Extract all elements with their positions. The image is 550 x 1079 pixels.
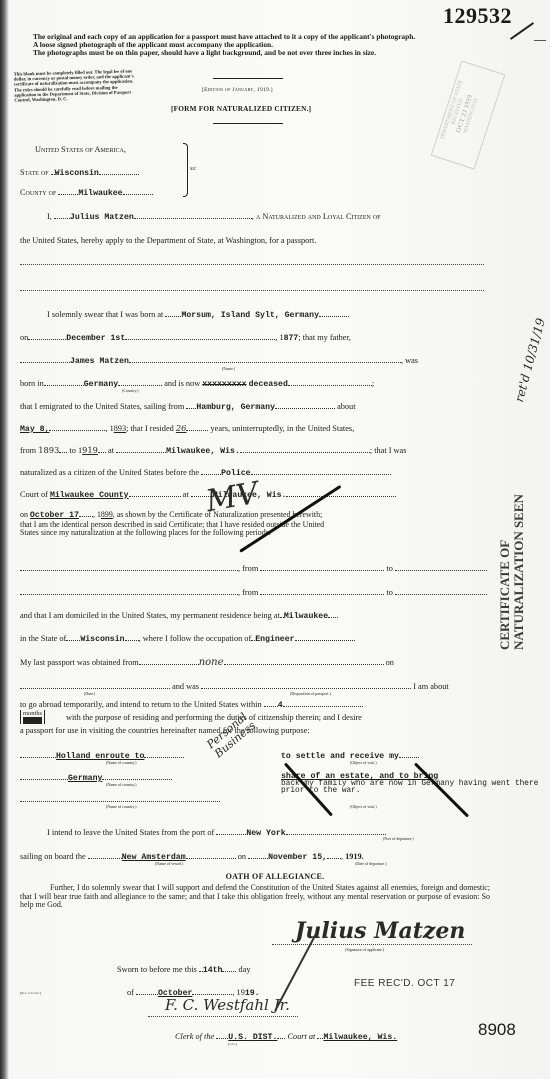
applicant-signature[interactable]: Julius Matzen	[295, 918, 465, 944]
intro-line-2: the United States, hereby apply to the D…	[20, 236, 316, 245]
emigration-date-field[interactable]: May 8,	[20, 425, 49, 434]
ss-label: ss:	[190, 166, 197, 172]
signature-line	[272, 944, 472, 945]
struck-status: xxxxxxxxx	[202, 380, 246, 389]
object-field-1[interactable]: to settle and receive my	[281, 752, 399, 761]
country-caption: (Name of country.)	[106, 760, 137, 765]
father-label: ; that my father,	[298, 333, 351, 342]
emigration-label: that I emigrated to the United States, s…	[20, 402, 184, 411]
of-label: of	[127, 988, 134, 997]
domicile-label: and that I am domiciled in the United St…	[20, 611, 280, 620]
cert-stamp-line-2: NATURALIZATION SEEN	[512, 494, 526, 650]
county-label: County of	[20, 188, 56, 197]
clerk-label: Clerk of the	[175, 1032, 214, 1041]
last-passport-label: My last passport was obtained from	[20, 658, 139, 667]
emigration-port-field[interactable]: Hamburg, Germany	[196, 403, 275, 412]
oath-title: OATH OF ALLEGIANCE.	[0, 872, 550, 881]
that-i-was-label: ; that I was	[370, 446, 407, 455]
country-field-2[interactable]: Germany	[68, 774, 102, 783]
venue-country: United States of America,	[35, 145, 126, 154]
serial-number: 129532	[443, 3, 512, 29]
passport-date-field[interactable]	[20, 680, 170, 689]
edition-label: [Edition of January, 1919.]	[202, 87, 273, 93]
from-label: , from	[238, 588, 258, 597]
photograph-notice: The original and each copy of an applica…	[33, 33, 483, 58]
departure-date-field[interactable]: November 15,	[268, 853, 327, 862]
emigration-year-field[interactable]: 893	[114, 424, 126, 433]
blank-line	[20, 264, 484, 265]
outside-residence-row-1: , from to	[20, 562, 487, 573]
semicolon: ;	[372, 379, 374, 388]
form-type-label: [FORM FOR NATURALIZED CITIZEN.]	[171, 104, 311, 113]
cert-stamp-line-1: CERTIFICATE OF	[498, 494, 512, 650]
department-received-stamp: DEPARTMENT OF STATE RECEIVED OCT 23 1919…	[431, 60, 506, 169]
clerk-signature[interactable]: F. C. Westfahl Jr.	[165, 996, 290, 1014]
place-field[interactable]	[20, 562, 238, 571]
passport-disposition-field[interactable]	[201, 680, 411, 689]
father-name-field[interactable]: James Matzen	[70, 357, 129, 366]
country-field-3[interactable]	[20, 793, 220, 802]
now-label: and is now	[164, 379, 200, 388]
at-label: at	[108, 446, 114, 455]
outside-residence-text: States since my naturalization at the fo…	[20, 528, 271, 537]
duration-unit: months years	[20, 710, 45, 724]
unit-months[interactable]: months	[23, 710, 42, 717]
departure-port-field[interactable]: New York	[246, 829, 285, 838]
place-field[interactable]	[20, 586, 238, 595]
outside-residence-row-2: , from to	[20, 586, 487, 597]
from-label: from	[20, 446, 36, 455]
departure-date-caption: (Date of departure.)	[355, 861, 387, 866]
naturalized-label: naturalized as a citizen of the United S…	[20, 468, 199, 477]
years-resided-field[interactable]: 26	[176, 423, 187, 433]
oath-text: Further, I do solemnly swear that I will…	[20, 884, 490, 910]
clerk-signature-line	[148, 1016, 298, 1017]
blank-line	[20, 290, 484, 291]
name-caption: (Name.)	[222, 366, 235, 371]
clerk-court-field[interactable]: U.S. DIST.	[228, 1033, 277, 1042]
and-was-label: and was	[172, 682, 199, 691]
object-field-3[interactable]: back my family who are now in Germany ha…	[281, 781, 549, 795]
state-label: State of	[20, 168, 49, 177]
county-field[interactable]: Milwaukee	[78, 189, 122, 198]
at-label: at	[183, 490, 189, 499]
father-country-field[interactable]: Germany	[84, 380, 118, 389]
from-field[interactable]	[260, 586, 384, 595]
unit-years-struck: years	[23, 717, 42, 724]
was-label: , was	[401, 356, 418, 365]
fee-received-stamp: FEE REC'D. OCT 17	[354, 978, 455, 989]
to-label: to	[386, 564, 392, 573]
on-label: on	[238, 852, 246, 861]
departure-year-field[interactable]: 1919.	[345, 852, 363, 861]
port-label: I intend to leave the United States from…	[47, 828, 214, 837]
birth-label: I solemnly swear that I was born at	[47, 310, 163, 319]
to-label: to 1	[69, 446, 82, 455]
signature-caption: (Signature of applicant.)	[345, 947, 384, 952]
clerk-court-location-field[interactable]: Milwaukee, Wis.	[323, 1033, 397, 1042]
vessel-label: sailing on board the	[20, 852, 86, 861]
occupation-field[interactable]: Engineer	[255, 635, 294, 644]
occupation-label: , where I follow the occupation of	[139, 634, 252, 643]
check-mark-icon	[510, 22, 534, 40]
certificate-seen-stamp: CERTIFICATE OF NATURALIZATION SEEN	[498, 494, 526, 650]
applicant-name-field[interactable]: Julius Matzen	[70, 213, 134, 222]
instructions-sidenote: This blank must be completely filled out…	[14, 68, 137, 102]
on-label: on	[20, 333, 28, 342]
object-caption: (Object of visit.)	[350, 804, 377, 809]
about-label: I am about	[413, 682, 448, 691]
intro-prefix: I,	[47, 212, 52, 221]
court-name-field-2[interactable]: Milwaukee County	[50, 491, 129, 500]
jurat-day-field[interactable]: 14th	[203, 966, 223, 975]
intro-suffix: , a Naturalized and Loyal Citizen of	[252, 212, 381, 221]
last-passport-field[interactable]: none	[199, 657, 224, 668]
country-caption: (Country.)	[122, 388, 139, 393]
father-status-field[interactable]: deceased	[249, 380, 288, 389]
date-caption: (Date.)	[84, 691, 95, 696]
birth-year-field[interactable]: 877	[284, 334, 299, 343]
resided-label: ; that I resided	[126, 424, 174, 433]
from-label: , from	[238, 564, 258, 573]
divider	[213, 123, 283, 124]
naturalization-year-field[interactable]: 899	[101, 510, 113, 519]
port-caption: (Port of departure.)	[383, 836, 414, 841]
to-field[interactable]	[395, 586, 487, 595]
intent-text: to go abroad temporarily, and intend to …	[20, 700, 262, 709]
disposition-caption: (Disposition of passport.)	[290, 691, 331, 696]
to-field[interactable]	[395, 562, 487, 571]
court-of-label: Court of	[20, 490, 48, 499]
certificate-returned-note: ret'd 10/31/19	[512, 317, 548, 404]
vessel-caption: (Name of vessel.)	[155, 861, 183, 866]
check-mark-tail	[534, 40, 546, 41]
country-caption: (Name of country.)	[106, 782, 137, 787]
passport-application-page: 129532 The original and each copy of an …	[0, 0, 550, 1079]
state-field[interactable]: Wisconsin	[55, 169, 99, 178]
from-year-field[interactable]: 1893	[38, 445, 59, 455]
object-caption: (Object of visit.)	[350, 760, 377, 765]
sworn-label: Sworn to before me this	[117, 965, 197, 974]
over-label: [over.]	[228, 1042, 237, 1046]
state-of-label: in the State of	[20, 634, 66, 643]
purpose-text: with the purpose of residing and perform…	[66, 713, 362, 722]
residence-field[interactable]: Milwaukee, Wis.	[166, 447, 240, 456]
born-in-label: born in	[20, 379, 44, 388]
from-field[interactable]	[260, 562, 384, 571]
divider	[213, 78, 283, 79]
seal-of-court-label: [Seal of Court.]	[20, 991, 41, 995]
to-label: to	[386, 588, 392, 597]
about-label: about	[337, 402, 355, 411]
domicile-city-field[interactable]: Milwaukee	[284, 612, 328, 621]
birth-date-field[interactable]: December 1st	[66, 334, 125, 343]
on-label: on	[386, 658, 394, 667]
passport-use-text: a passport for use in visiting the count…	[20, 726, 310, 735]
notice-line-3: The photographs must be on thin paper, s…	[33, 49, 483, 57]
country-caption: (Name of country.)	[106, 804, 137, 809]
day-label: day	[239, 965, 251, 974]
ss-brace	[183, 143, 188, 197]
on-label: on	[20, 510, 28, 519]
years-label: years, uninterruptedly, in the United St…	[211, 424, 355, 433]
file-number: 8908	[478, 1020, 516, 1040]
domicile-state-field[interactable]: Wisconsin	[80, 635, 124, 644]
court-at-label: Court at	[287, 1032, 315, 1041]
to-year-field[interactable]: 919	[82, 445, 98, 455]
birthplace-field[interactable]: Morsum, Island Sylt, Germany	[181, 311, 319, 320]
